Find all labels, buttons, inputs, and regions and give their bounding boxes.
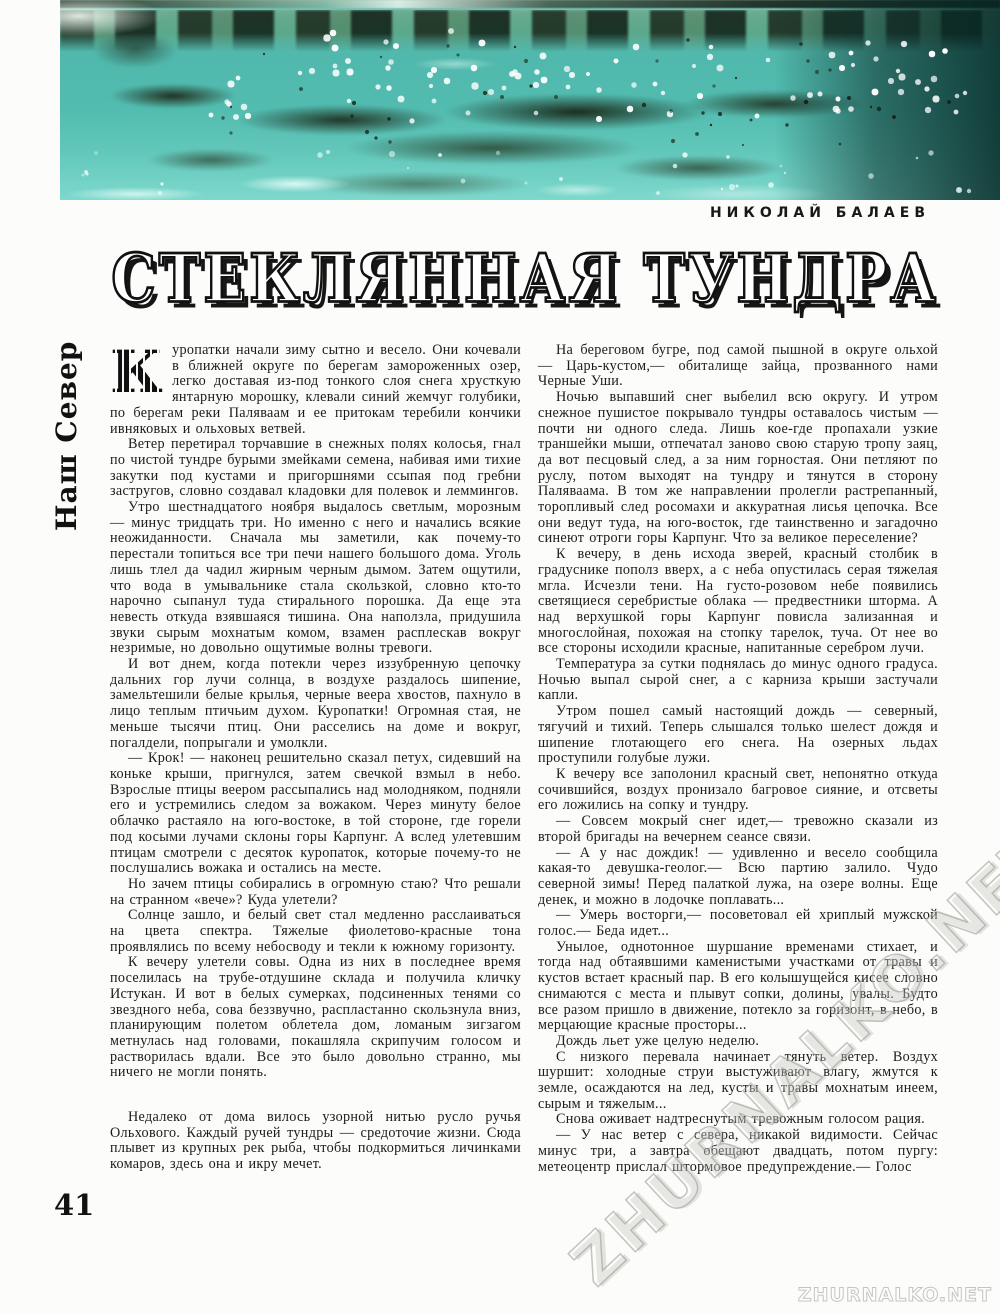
dropcap-letter: К	[110, 344, 163, 404]
paragraph: — Совсем мокрый снег идет,— тревожно ска…	[538, 814, 938, 845]
paragraph: — У нас ветер с севера, никакой видимост…	[538, 1128, 938, 1175]
paragraph: Температура за сутки поднялась до минус …	[538, 657, 938, 704]
paragraph: — Крок! — наконец решительно сказал пету…	[110, 751, 521, 877]
tundra-photo	[60, 0, 1000, 200]
paragraph: Дождь льет уже целую неделю.	[538, 1034, 938, 1050]
paragraph: К вечеру улетели совы. Одна из них в пос…	[110, 955, 521, 1081]
paragraph: Ветер перетирал торчавшие в снежных поля…	[110, 437, 521, 500]
section-rubric-label: Наш Север	[50, 341, 83, 531]
paragraph: Солнце зашло, и белый свет стал медленно…	[110, 908, 521, 955]
paragraph: Унылое, однотонное шуршание временами ст…	[538, 940, 938, 1034]
watermark-corner: ZHURNALKO.NET	[798, 1284, 992, 1306]
text-column-right: На береговом бугре, под самой пышной в о…	[538, 343, 938, 1175]
paragraph: Снова оживает надтреснутым тревожным гол…	[538, 1112, 938, 1128]
paragraph: И вот днем, когда потекли через иззубрен…	[110, 657, 521, 751]
paragraph: К вечеру все заполонил красный свет, неп…	[538, 767, 938, 814]
photo-foam-patches	[60, 0, 1000, 200]
paragraph: Утро шестнадцатого ноября выдалось светл…	[110, 500, 521, 657]
magazine-page: НИКОЛАЙ БАЛАЕВ СТЕКЛЯННАЯ ТУНДРА Наш Сев…	[0, 0, 1000, 1314]
paragraph: С низкого перевала начинает тянуть ветер…	[538, 1050, 938, 1113]
author-name: НИКОЛАЙ БАЛАЕВ	[710, 205, 930, 221]
paragraph: Утром пошел самый настоящий дождь — севе…	[538, 704, 938, 767]
paragraph: Но зачем птицы собирались в огромную ста…	[110, 877, 521, 908]
paragraph: Ночью выпавший снег выбелил всю округу. …	[538, 390, 938, 547]
paragraph: Куропатки начали зиму сытно и весело. Он…	[110, 343, 521, 437]
paragraph: К вечеру, в день исхода зверей, красный …	[538, 547, 938, 657]
bird-wing-specks	[60, 0, 62, 2]
paragraph: — Умерь восторги,— посоветовал ей хриплы…	[538, 908, 938, 939]
paragraph: На береговом бугре, под самой пышной в о…	[538, 343, 938, 390]
page-number: 41	[54, 1188, 94, 1222]
paragraph: Недалеко от дома вилось узорной нитью ру…	[110, 1110, 521, 1173]
section-rubric: Наш Север	[46, 336, 80, 531]
text-column-left: Куропатки начали зиму сытно и весело. Он…	[110, 343, 521, 1173]
article-title: СТЕКЛЯННАЯ ТУНДРА	[85, 240, 965, 318]
paragraph: — А у нас дождик! — удивленно и весело с…	[538, 846, 938, 909]
